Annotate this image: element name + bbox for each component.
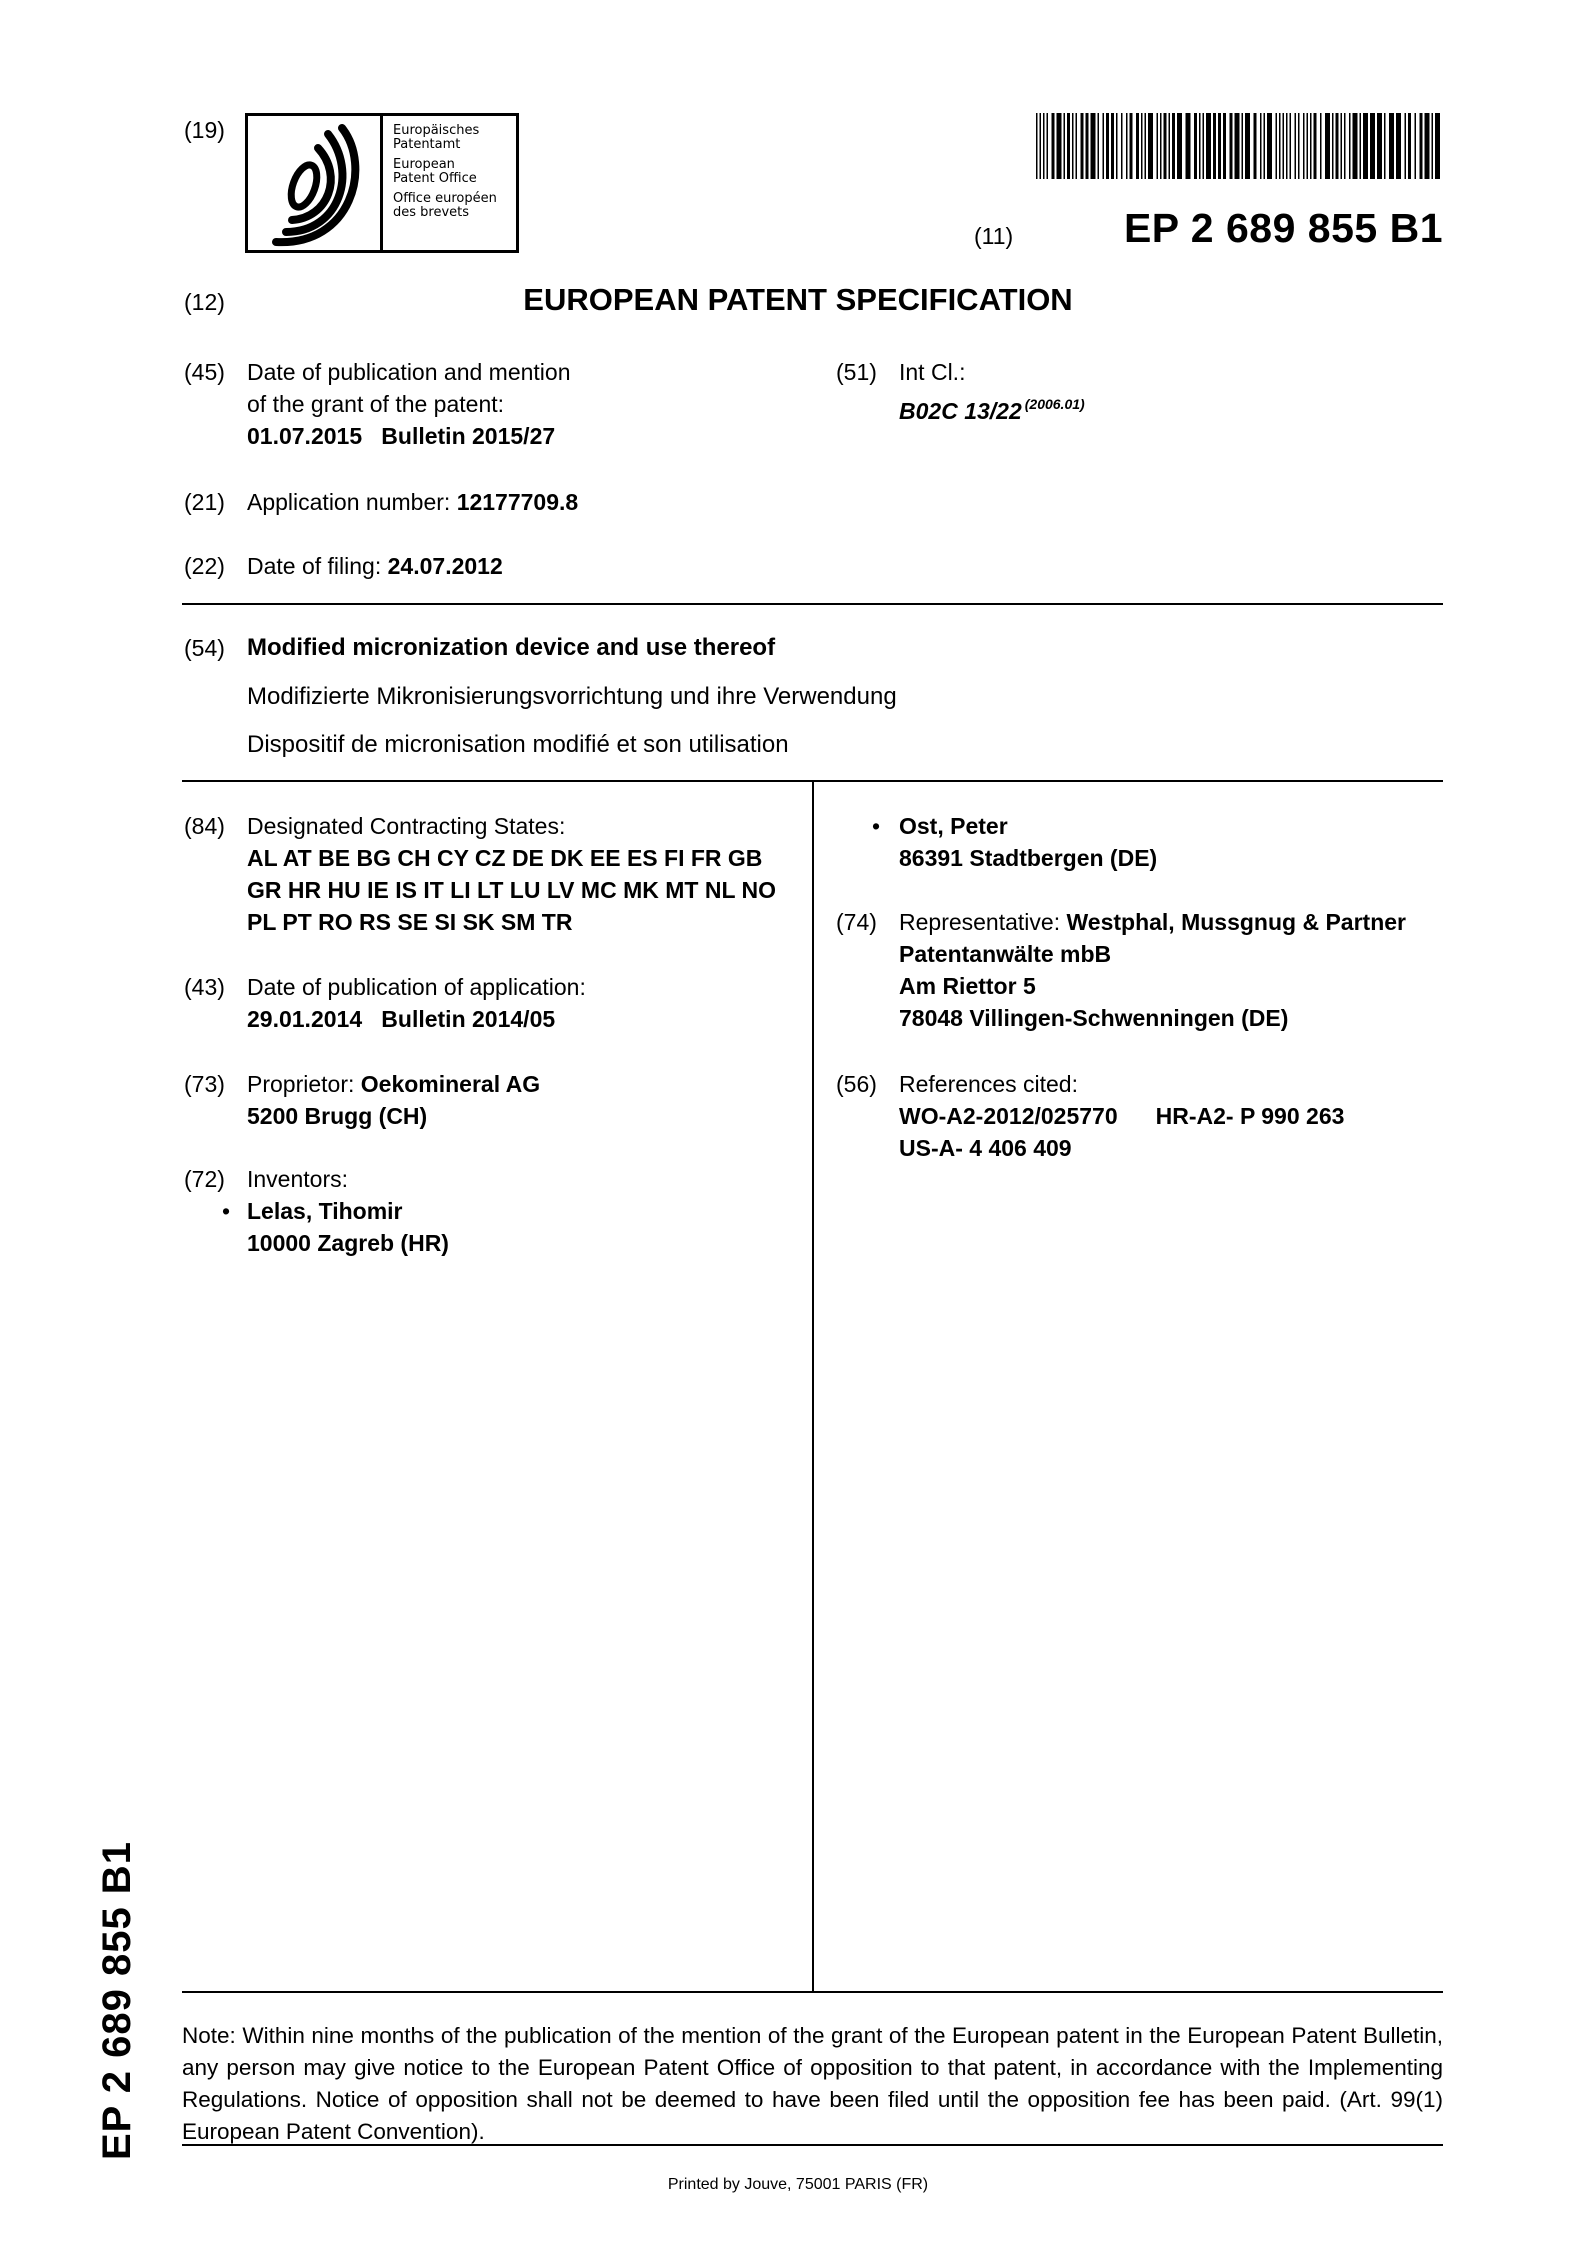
divider-line [182, 2144, 1443, 2146]
proprietor-name: Oekomineral AG [361, 1071, 540, 1097]
publication-number: EP 2 689 855 B1 [1124, 205, 1443, 252]
grant-date-value: 01.07.2015 Bulletin 2015/27 [247, 420, 571, 452]
references-label: References cited: [899, 1068, 1344, 1100]
representative-line: Am Riettor 5 [899, 970, 1406, 1002]
application-publication-date: 29.01.2014 [247, 1006, 362, 1032]
publication-number-code: (11) [974, 220, 1013, 252]
reference-item: HR-A2- P 990 263 [1156, 1103, 1345, 1129]
application-publication-bulletin: Bulletin 2014/05 [381, 1006, 555, 1032]
grant-date-label-line1: Date of publication and mention [247, 356, 571, 388]
logo-line: Office européen [393, 192, 497, 206]
representative-line: Patentanwälte mbB [899, 938, 1406, 970]
designated-states-label: Designated Contracting States: [247, 810, 776, 842]
reference-item: WO-A2-2012/025770 [899, 1103, 1118, 1129]
reference-item: US-A- 4 406 409 [899, 1132, 1344, 1164]
filing-date-value: 24.07.2012 [388, 553, 503, 579]
representative-label: Representative: [899, 909, 1066, 935]
references-cited: References cited: WO-A2-2012/025770HR-A2… [899, 1068, 1344, 1164]
application-number-value: 12177709.8 [457, 489, 579, 515]
logo-line: Patentamt [393, 138, 497, 152]
field-code-45: (45) [184, 356, 225, 388]
int-cl-value: B02C 13/22 [899, 398, 1022, 424]
application-number: Application number: 12177709.8 [247, 486, 578, 518]
proprietor: Proprietor: Oekomineral AG 5200 Brugg (C… [247, 1068, 540, 1132]
inventor: Lelas, Tihomir 10000 Zagreb (HR) [247, 1195, 449, 1259]
field-code-54: (54) [184, 632, 225, 664]
proprietor-address: 5200 Brugg (CH) [247, 1100, 540, 1132]
barcode-icon [1036, 113, 1442, 179]
inventor-name: Lelas, Tihomir [247, 1195, 449, 1227]
logo-line: des brevets [393, 206, 497, 220]
grant-bulletin: Bulletin 2015/27 [381, 423, 555, 449]
designated-states-line: GR HR HU IE IS IT LI LT LU LV MC MK MT N… [247, 874, 776, 906]
grant-date-label: Date of publication and mention of the g… [247, 356, 571, 452]
field-code-56: (56) [836, 1068, 877, 1100]
designated-states: Designated Contracting States: AL AT BE … [247, 810, 776, 938]
representative: Representative: Westphal, Mussgnug & Par… [899, 906, 1406, 1034]
application-publication: Date of publication of application: 29.0… [247, 971, 586, 1035]
logo-line: Patent Office [393, 172, 497, 186]
application-number-label: Application number: [247, 489, 457, 515]
field-code-51: (51) [836, 356, 877, 388]
bullet-icon: • [222, 1195, 230, 1227]
inventor-address: 86391 Stadtbergen (DE) [899, 842, 1157, 874]
title-fr: Dispositif de micronisation modifié et s… [247, 729, 789, 761]
designated-states-line: AL AT BE BG CH CY CZ DE DK EE ES FI FR G… [247, 842, 776, 874]
bullet-icon: • [872, 810, 880, 842]
grant-date-label-line2: of the grant of the patent: [247, 388, 571, 420]
field-code-74: (74) [836, 906, 877, 938]
divider-line [182, 1991, 1443, 1993]
inventor: Ost, Peter 86391 Stadtbergen (DE) [899, 810, 1157, 874]
epo-logo-icon [248, 116, 380, 250]
side-publication-number: EP 2 689 855 B1 [95, 1841, 140, 2160]
inventor-name: Ost, Peter [899, 810, 1157, 842]
designated-states-line: PL PT RO RS SE SI SK SM TR [247, 906, 776, 938]
int-cl-version: (2006.01) [1025, 396, 1085, 412]
column-divider [812, 781, 814, 1992]
representative-line: 78048 Villingen-Schwenningen (DE) [899, 1002, 1406, 1034]
proprietor-label: Proprietor: [247, 1071, 361, 1097]
logo-text: EuropäischesPatentamt EuropeanPatent Off… [393, 124, 497, 226]
representative-line: Westphal, Mussgnug & Partner [1066, 909, 1406, 935]
office-code: (19) [184, 114, 225, 146]
epo-logo: EuropäischesPatentamt EuropeanPatent Off… [245, 113, 519, 253]
title-en: Modified micronization device and use th… [247, 632, 775, 664]
document-title: EUROPEAN PATENT SPECIFICATION [0, 282, 1596, 318]
grant-date: 01.07.2015 [247, 423, 362, 449]
field-code-22: (22) [184, 550, 225, 582]
int-cl: Int Cl.: B02C 13/22(2006.01) [899, 356, 1085, 427]
printer-footer: Printed by Jouve, 75001 PARIS (FR) [0, 2176, 1596, 2194]
opposition-note: Note: Within nine months of the publicat… [182, 2020, 1443, 2148]
field-code-43: (43) [184, 971, 225, 1003]
inventor-address: 10000 Zagreb (HR) [247, 1227, 449, 1259]
application-publication-label: Date of publication of application: [247, 971, 586, 1003]
divider-line [182, 603, 1443, 605]
field-code-73: (73) [184, 1068, 225, 1100]
field-code-84: (84) [184, 810, 225, 842]
inventors-label: Inventors: [247, 1163, 348, 1195]
logo-line: Europäisches [393, 124, 497, 138]
field-code-21: (21) [184, 486, 225, 518]
logo-divider [380, 116, 383, 250]
logo-line: European [393, 158, 497, 172]
title-de: Modifizierte Mikronisierungsvorrichtung … [247, 681, 897, 713]
filing-date: Date of filing: 24.07.2012 [247, 550, 503, 582]
field-code-72: (72) [184, 1163, 225, 1195]
int-cl-label: Int Cl.: [899, 356, 1085, 388]
filing-date-label: Date of filing: [247, 553, 388, 579]
